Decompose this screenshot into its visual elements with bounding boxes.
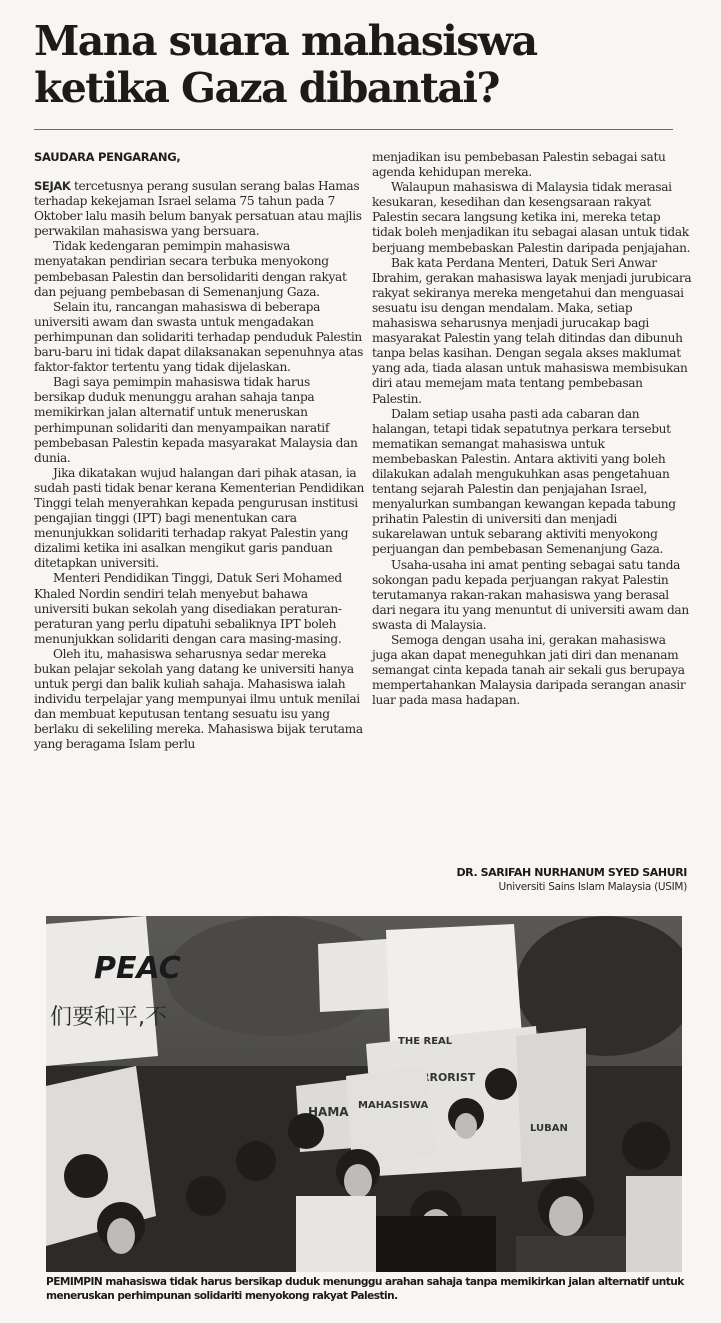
headline-line-2: ketika Gaza dibantai? bbox=[34, 64, 499, 112]
svg-text:THE REAL: THE REAL bbox=[398, 1036, 453, 1047]
paragraph: Jika dikatakan wujud halangan dari pihak… bbox=[34, 466, 364, 572]
paragraph: Semoga dengan usaha ini, gerakan mahasis… bbox=[372, 633, 692, 708]
paragraph: Bagi saya pemimpin mahasiswa tidak harus… bbox=[34, 375, 364, 466]
svg-text:LUBAN: LUBAN bbox=[530, 1123, 568, 1134]
headline-line-1: Mana suara mahasiswa bbox=[34, 17, 536, 65]
photo-caption: PEMIMPIN mahasiswa tidak harus bersikap … bbox=[46, 1275, 706, 1303]
paragraph: Oleh itu, mahasiswa seharusnya sedar mer… bbox=[34, 647, 364, 753]
headline-divider bbox=[34, 129, 673, 130]
article-column-right: menjadikan isu pembebasan Palestin sebag… bbox=[372, 150, 692, 708]
svg-text:PEAC: PEAC bbox=[94, 951, 181, 986]
paragraph: Menteri Pendidikan Tinggi, Datuk Seri Mo… bbox=[34, 571, 364, 646]
paragraph: Tidak kedengaran pemimpin mahasiswa meny… bbox=[34, 239, 364, 299]
headline: Mana suara mahasiswa ketika Gaza dibanta… bbox=[34, 18, 694, 112]
article-column-left: SAUDARA PENGARANG, SEJAK tercetusnya per… bbox=[34, 150, 364, 753]
byline: DR. SARIFAH NURHANUM SYED SAHURI Univers… bbox=[456, 866, 687, 894]
author-affiliation: Universiti Sains Islam Malaysia (USIM) bbox=[456, 880, 687, 894]
paragraph: Walaupun mahasiswa di Malaysia tidak mer… bbox=[372, 180, 692, 255]
caption-lead-word: PEMIMPIN bbox=[46, 1276, 102, 1288]
caption-text: mahasiswa tidak harus bersikap duduk men… bbox=[46, 1276, 684, 1302]
salutation: SAUDARA PENGARANG, bbox=[34, 150, 364, 164]
paragraph: Dalam setiap usaha pasti ada cabaran dan… bbox=[372, 407, 692, 558]
protest-photo: PEAC 们要和平,不 THE REAL TERRORIST HAMAS MAH… bbox=[46, 916, 682, 1272]
paragraph: Selain itu, rancangan mahasiswa di beber… bbox=[34, 300, 364, 375]
photo-image: PEAC 们要和平,不 THE REAL TERRORIST HAMAS MAH… bbox=[46, 916, 682, 1272]
paragraph: SEJAK tercetusnya perang susulan serang … bbox=[34, 179, 364, 239]
svg-text:MAHASISWA: MAHASISWA bbox=[358, 1100, 429, 1111]
paragraph: Bak kata Perdana Menteri, Datuk Seri Anw… bbox=[372, 256, 692, 407]
svg-text:们要和平,不: 们要和平,不 bbox=[50, 1005, 167, 1030]
paragraph: Usaha-usaha ini amat penting sebagai sat… bbox=[372, 558, 692, 633]
author-name: DR. SARIFAH NURHANUM SYED SAHURI bbox=[456, 866, 687, 880]
paragraph-continuation: menjadikan isu pembebasan Palestin sebag… bbox=[372, 150, 692, 180]
lead-word: SEJAK bbox=[34, 179, 70, 193]
